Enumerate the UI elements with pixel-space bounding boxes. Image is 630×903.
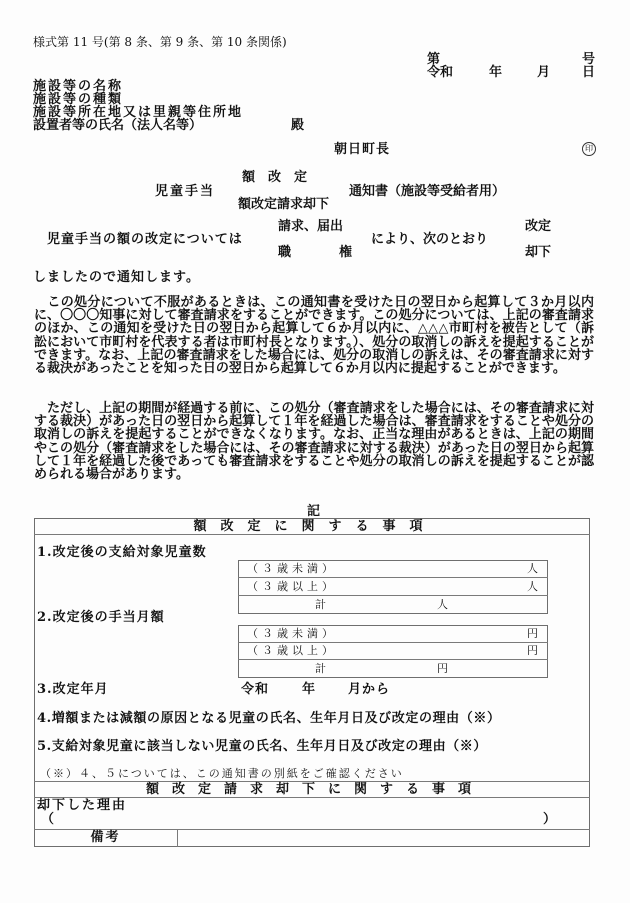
item3-year: 年 <box>302 683 315 697</box>
item2-row1-unit: 円 <box>527 628 538 640</box>
seal-mark-icon: 印 <box>582 142 596 156</box>
remarks-field[interactable] <box>178 830 589 846</box>
divider <box>238 642 548 643</box>
statement-option-bottom-b: 権 <box>339 246 352 260</box>
title-option-bottom: 額改定請求却下 <box>238 198 329 212</box>
item2-row1-label: （３歳未満） <box>247 628 337 640</box>
item2-row2-label: （３歳以上） <box>247 645 337 657</box>
statement-middle: により、次のとおり <box>371 233 488 247</box>
item2-total-unit: 円 <box>437 663 448 675</box>
note-text: （※）４、５については、この通知書の別紙をご確認ください <box>40 768 404 780</box>
remarks-label: 備考 <box>34 831 177 845</box>
statement-option-bottom-a: 職 <box>278 246 291 260</box>
divider <box>34 534 590 535</box>
section-revision-header: 額改定に関する事項 <box>0 520 630 534</box>
item2-total-label: 計 <box>315 663 326 675</box>
issuer-name: 朝日町長 <box>334 143 390 157</box>
owner-name-label: 設置者等の氏名（法人名等） <box>33 119 202 133</box>
statement-result-bottom: 却下 <box>525 246 551 260</box>
item1-row2-unit: 人 <box>527 581 538 593</box>
item1-total-label: 計 <box>315 599 326 611</box>
ki-label: 記 <box>307 505 320 519</box>
item4-label: 4.増額または減額の原因となる児童の氏名、生年月日及び改定の理由（※） <box>37 712 501 726</box>
reason-paren-close: ） <box>543 813 556 827</box>
section-rejection-header: 額改定請求却下に関する事項 <box>0 783 630 797</box>
title-option-top: 額 改 定 <box>242 171 307 185</box>
title-left: 児童手当 <box>155 185 215 199</box>
statement-option-top: 請求、届出 <box>278 220 343 234</box>
item3-era: 令和 <box>241 683 269 697</box>
item1-row1-unit: 人 <box>527 563 538 575</box>
rejection-reason-label: 却下した理由 <box>37 799 127 813</box>
item3-label: 3.改定年月 <box>37 683 109 697</box>
divider <box>238 595 548 596</box>
notice-paragraph-1: この処分について不服があるときは、この通知書を受けた日の翌日から起算して３か月以… <box>34 296 594 375</box>
item1-row1-label: （３歳未満） <box>247 563 337 575</box>
title-right: 通知書（施設等受給者用） <box>349 185 505 199</box>
item5-label: 5.支給対象児童に該当しない児童の氏名、生年月日及び改定の理由（※） <box>37 740 487 754</box>
reason-paren-open: （ <box>41 813 54 827</box>
item2-label: 2.改定後の手当月額 <box>37 611 165 625</box>
notice-paragraph-2: ただし、上記の期間が経過する前に、この処分（審査請求をした場合には、その審査請求… <box>34 402 594 481</box>
item1-row2-label: （３歳以上） <box>247 581 337 593</box>
statement-lead: 児童手当の額の改定については <box>47 233 243 247</box>
item2-row2-unit: 円 <box>527 645 538 657</box>
statement-closing: しましたので通知します。 <box>33 271 200 285</box>
date-month: 月 <box>537 66 550 80</box>
divider <box>238 659 548 660</box>
item1-total-unit: 人 <box>437 599 448 611</box>
item1-label: 1.改定後の支給対象児童数 <box>37 546 207 560</box>
item3-month-from: 月から <box>348 683 390 697</box>
statement-result-top: 改定 <box>525 220 551 234</box>
date-day: 日 <box>582 66 595 80</box>
date-year: 年 <box>489 66 502 80</box>
honorific: 殿 <box>291 119 304 133</box>
date-era: 令和 <box>427 66 453 80</box>
form-number: 様式第 11 号(第 8 条、第 9 条、第 10 条関係) <box>33 36 287 49</box>
divider <box>238 577 548 578</box>
